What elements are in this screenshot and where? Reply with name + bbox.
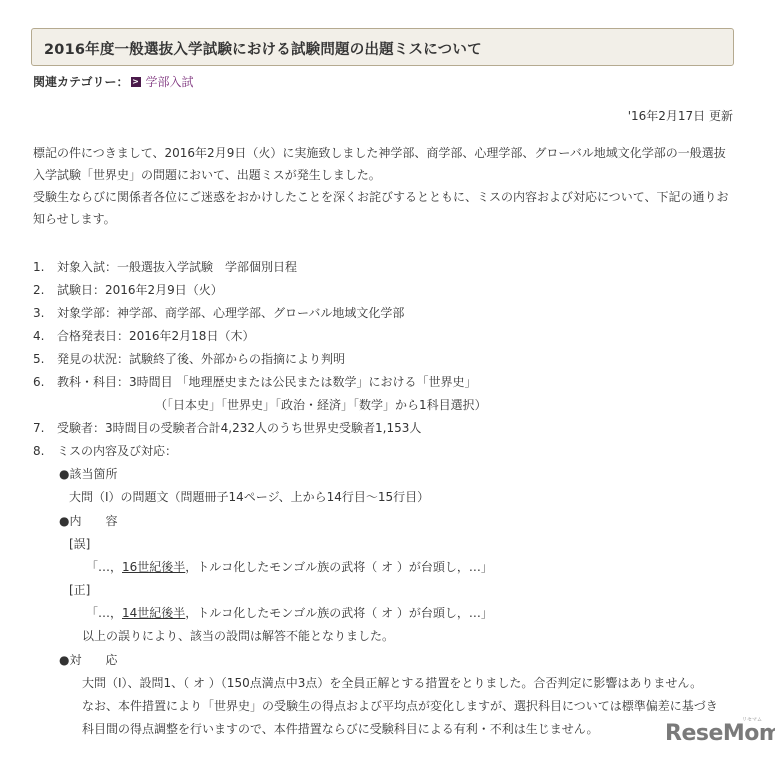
response-line-2: なお、本件措置により「世界史」の受験生の得点および平均点が変化しますが、選択科目… <box>82 696 718 716</box>
right-text: 「…，14世紀後半，トルコ化したモンゴル族の武将（ オ ）が台頭し，…」 <box>86 603 493 623</box>
right-underlined: 14世紀後半 <box>122 606 185 620</box>
content-heading: ●内 容 <box>59 511 117 531</box>
list-item-subnote: （「日本史」「世界史」「政治・経済」「数学」から1科目選択） <box>155 395 487 415</box>
intro-line-2: 入学試験「世界史」の問題において、出題ミスが発生しました。 <box>33 164 381 186</box>
intro-line-4: 知らせします。 <box>33 208 116 230</box>
response-heading: ●対 応 <box>59 650 117 670</box>
right-label: [正] <box>69 580 90 600</box>
response-line-3: 科目間の得点調整を行いますので、本件措置ならびに受験科目による有利・不利は生じま… <box>82 719 598 739</box>
intro-line-1: 標記の件につきまして、2016年2月9日（火）に実施致しました神学部、商学部、心… <box>33 142 726 164</box>
list-item: 8.ミスの内容及び対応： <box>33 441 177 461</box>
page-title: 2016年度一般選抜入学試験における試験問題の出題ミスについて <box>44 38 482 59</box>
list-item: 3.対象学部：神学部、商学部、心理学部、グローバル地域文化学部 <box>33 303 404 323</box>
intro-line-3: 受験生ならびに関係者各位にご迷惑をおかけしたことを深くお詫びするとともに、ミスの… <box>33 186 729 208</box>
list-item: 4.合格発表日：2016年2月18日（木） <box>33 326 254 346</box>
category-label: 関連カテゴリー： <box>33 73 129 90</box>
wrong-underlined: 16世紀後半 <box>122 560 185 574</box>
list-item: 5.発見の状況：試験終了後、外部からの指摘により判明 <box>33 349 345 369</box>
updated-date: '16年2月17日 更新 <box>628 107 733 124</box>
wrong-label: [誤] <box>69 534 90 554</box>
location-heading: ●該当箇所 <box>59 464 117 484</box>
list-item: 2.試験日：2016年2月9日（火） <box>33 280 223 300</box>
related-category: 関連カテゴリー： > 学部入試 <box>33 73 194 90</box>
resemom-logo-kana: リセマム <box>742 716 762 723</box>
conclusion-text: 以上の誤りにより、該当の設問は解答不能となりました。 <box>82 626 394 646</box>
list-item: 1.対象入試：一般選抜入学試験 学部個別日程 <box>33 257 297 277</box>
title-box: 2016年度一般選抜入学試験における試験問題の出題ミスについて <box>31 28 734 66</box>
location-text: 大問（Ⅰ）の問題文（問題冊子14ページ、上から14行目〜15行目） <box>69 487 429 507</box>
list-item: 7.受験者：3時間目の受験者合計4,232人のうち世界史受験者1,153人 <box>33 418 421 438</box>
response-line-1: 大問（Ⅰ）、設問1、（ オ ）（150点満点中3点）を全員正解とする措置をとりま… <box>82 673 702 693</box>
category-link[interactable]: 学部入試 <box>146 73 194 90</box>
wrong-text: 「…，16世紀後半，トルコ化したモンゴル族の武将（ オ ）が台頭し，…」 <box>86 557 493 577</box>
arrow-right-icon: > <box>131 77 141 87</box>
resemom-logo: ReseMom <box>665 721 775 746</box>
list-item: 6.教科・科目：3時間目 「地理歴史または公民または数学」における「世界史」 <box>33 372 476 392</box>
